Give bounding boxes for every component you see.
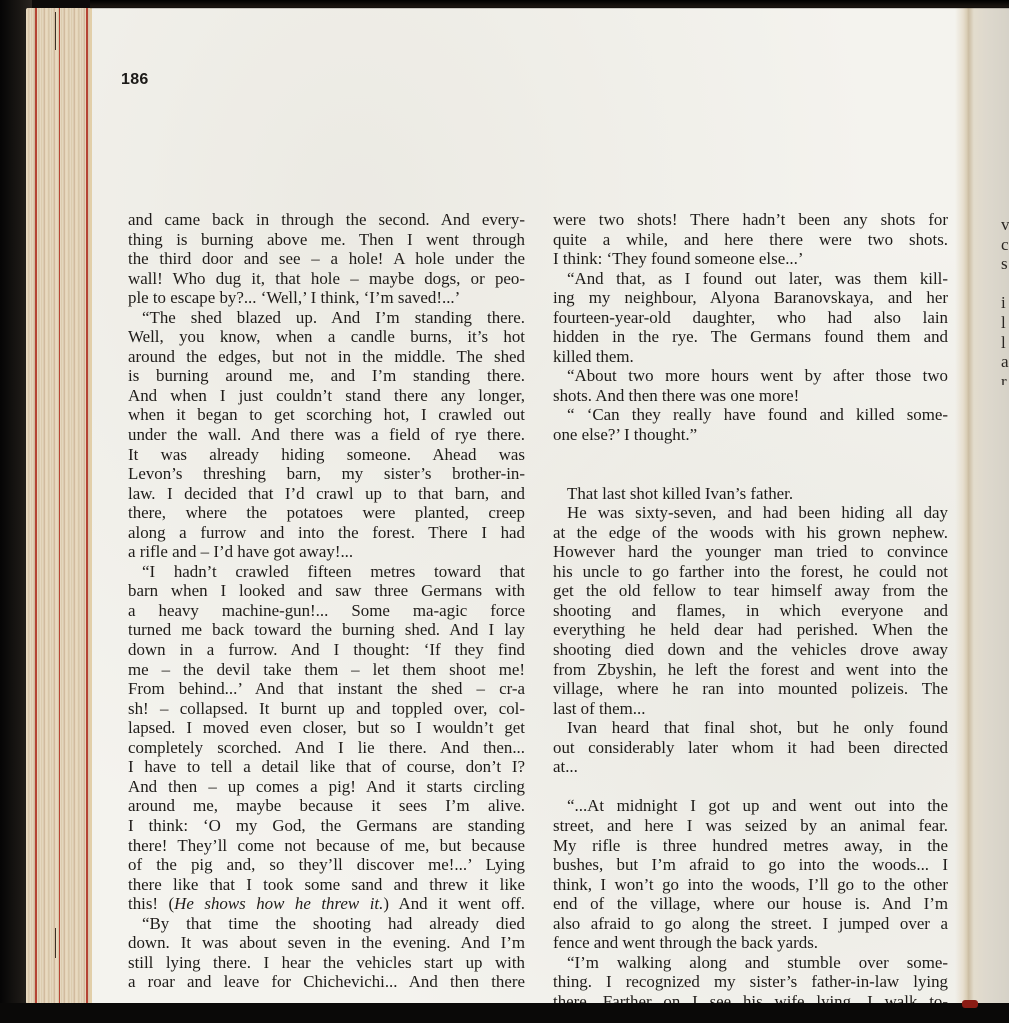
page-edge-red-line: [59, 8, 60, 1004]
text-line: quite a while, and here there were two s…: [553, 230, 948, 250]
facing-page-letter: a: [1001, 352, 1009, 372]
text-line: everything he held dear had perished. Wh…: [553, 620, 948, 640]
page-edge-red-line: [35, 8, 37, 1004]
text-line: also afraid to go along the street. I ju…: [553, 914, 948, 934]
text-line: and came back in through the second. And…: [128, 210, 525, 230]
page-number: 186: [121, 71, 149, 89]
text-fragment: ) And it went off.: [383, 894, 525, 913]
facing-page-letter: s: [1001, 254, 1009, 274]
text-line: shooting and flames, in which everyone a…: [553, 601, 948, 621]
text-line: village, where he ran into mounted poliz…: [553, 679, 948, 699]
blank-line: [553, 777, 948, 797]
text-line: hidden in the rye. The Germans found the…: [553, 327, 948, 347]
text-line: “By that time the shooting had already d…: [128, 914, 525, 934]
text-line: I have to tell a detail like that of cou…: [128, 757, 525, 777]
text-line: “The shed blazed up. And I’m standing th…: [128, 308, 525, 328]
facing-page-letter: i: [1001, 293, 1009, 313]
text-line: fence and went through the back yards.: [553, 933, 948, 953]
text-line: “ ‘Can they really have found and killed…: [553, 405, 948, 425]
text-line: this! (He shows how he threw it.) And it…: [128, 894, 525, 914]
text-line: there like that I took some sand and thr…: [128, 875, 525, 895]
text-line: sh! – collapsed. It burnt up and toppled…: [128, 699, 525, 719]
text-line: his uncle to go farther into the forest,…: [553, 562, 948, 582]
text-line: fourteen-year-old daughter, who had also…: [553, 308, 948, 328]
text-line: the third door and see – a hole! A hole …: [128, 249, 525, 269]
text-line: Levon’s threshing barn, my sister’s brot…: [128, 464, 525, 484]
text-line: barn when I looked and saw three Germans…: [128, 581, 525, 601]
text-line: shooting died down and the vehicles drov…: [553, 640, 948, 660]
text-line: down. It was about seven in the evening.…: [128, 933, 525, 953]
text-line: ple to escape by?... ‘Well,’ I think, ‘I…: [128, 288, 525, 308]
facing-page-letter: r: [1001, 372, 1009, 385]
text-line: street, and here I was seized by an anim…: [553, 816, 948, 836]
text-line: law. I decided that I’d crawl up to that…: [128, 484, 525, 504]
text-line: However hard the younger man tried to co…: [553, 542, 948, 562]
text-line: last of them...: [553, 699, 948, 719]
text-line: ing my neighbour, Alyona Baranovskaya, a…: [553, 288, 948, 308]
stage-direction-italic: He shows how he threw it.: [174, 894, 383, 913]
facing-page-text-fragment: vcsillar: [1001, 215, 1009, 385]
text-column-right: were two shots! There hadn’t been any sh…: [553, 210, 948, 1011]
page-edges: [26, 8, 98, 1004]
text-line: thing is burning above me. Then I went t…: [128, 230, 525, 250]
text-line: lapsed. I moved even closer, but so I wo…: [128, 718, 525, 738]
top-shadow: [90, 0, 1009, 9]
text-line: I think: ‘O my God, the Germans are stan…: [128, 816, 525, 836]
facing-page-letter: c: [1001, 235, 1009, 255]
blank-line: [553, 464, 948, 484]
text-line: It was already hiding someone. Ahead was: [128, 445, 525, 465]
text-line: “I hadn’t crawled fifteen metres toward …: [128, 562, 525, 582]
text-line: “...At midnight I got up and went out in…: [553, 796, 948, 816]
text-line: from Zbyshin, he left the forest and wen…: [553, 660, 948, 680]
text-line: And then – up comes a pig! And it starts…: [128, 777, 525, 797]
text-line: think, I won’t go into the woods, I’ll g…: [553, 875, 948, 895]
text-line: end of the village, where our house is. …: [553, 894, 948, 914]
text-line: of the pig and, so they’ll discover me!.…: [128, 855, 525, 875]
text-line: “And that, as I found out later, was the…: [553, 269, 948, 289]
facing-page-letter: l: [1001, 313, 1009, 333]
text-line: is burning around me, and I’m standing t…: [128, 366, 525, 386]
cover-corner-red: [962, 1000, 978, 1008]
text-line: a roar and leave for Chichevichi... And …: [128, 972, 525, 992]
text-line: still lying there. I hear the vehicles s…: [128, 953, 525, 973]
text-line: under the wall. And there was a field of…: [128, 425, 525, 445]
text-line: there! They’ll come not because of me, b…: [128, 836, 525, 856]
text-line: one else?’ I thought.”: [553, 425, 948, 445]
text-line: That last shot killed Ivan’s father.: [553, 484, 948, 504]
text-line: Well, you know, when a candle burns, it’…: [128, 327, 525, 347]
text-column-left: and came back in through the second. And…: [128, 210, 525, 992]
text-line: when it began to get scorching hot, I cr…: [128, 405, 525, 425]
text-line: along a furrow and into the forest. Ther…: [128, 523, 525, 543]
text-line: And when I just couldn’t stand there any…: [128, 386, 525, 406]
text-line: around the edges, but not in the middle.…: [128, 347, 525, 367]
page-edge-red-line: [86, 8, 88, 1004]
text-line: around me, maybe because it sees I’m ali…: [128, 796, 525, 816]
text-line: Ivan heard that final shot, but he only …: [553, 718, 948, 738]
blank-line: [553, 445, 948, 465]
text-line: thing. I recognized my sister’s father-i…: [553, 972, 948, 992]
text-fragment: this! (: [128, 894, 174, 913]
text-line: He was sixty-seven, and had been hiding …: [553, 503, 948, 523]
text-line: I think: ‘They found someone else...’: [553, 249, 948, 269]
text-line: at...: [553, 757, 948, 777]
text-line: a rifle and – I’d have got away!...: [128, 542, 525, 562]
facing-page-letter: l: [1001, 333, 1009, 353]
text-line: shots. And then there was one more!: [553, 386, 948, 406]
text-line: me – the devil take them – let them shoo…: [128, 660, 525, 680]
text-line: down in a furrow. And I thought: ‘If the…: [128, 640, 525, 660]
text-line: wall! Who dug it, that hole – maybe dogs…: [128, 269, 525, 289]
text-line: completely scorched. And I lie there. An…: [128, 738, 525, 758]
text-line: “I’m walking along and stumble over some…: [553, 953, 948, 973]
text-line: killed them.: [553, 347, 948, 367]
text-line: a heavy machine-gun!... Some ma-agic for…: [128, 601, 525, 621]
page-edge-mark: [55, 928, 56, 958]
text-line: My rifle is three hundred metres away, i…: [553, 836, 948, 856]
text-line: bushes, but I’m afraid to go into the wo…: [553, 855, 948, 875]
text-line: were two shots! There hadn’t been any sh…: [553, 210, 948, 230]
page-edge-mark: [55, 12, 56, 50]
bottom-shadow: [0, 1003, 1009, 1023]
facing-page-letter: v: [1001, 215, 1009, 235]
text-line: at the edge of the woods with his grown …: [553, 523, 948, 543]
text-line: “About two more hours went by after thos…: [553, 366, 948, 386]
facing-page-letter: [1001, 274, 1009, 294]
text-line: get the old fellow to tear himself away …: [553, 581, 948, 601]
text-line: out considerably later whom it had been …: [553, 738, 948, 758]
book-gutter: [955, 8, 1009, 1004]
text-line: From behind...’ And that instant the she…: [128, 679, 525, 699]
text-line: there, where the potatoes were planted, …: [128, 503, 525, 523]
text-line: turned me back toward the burning shed. …: [128, 620, 525, 640]
